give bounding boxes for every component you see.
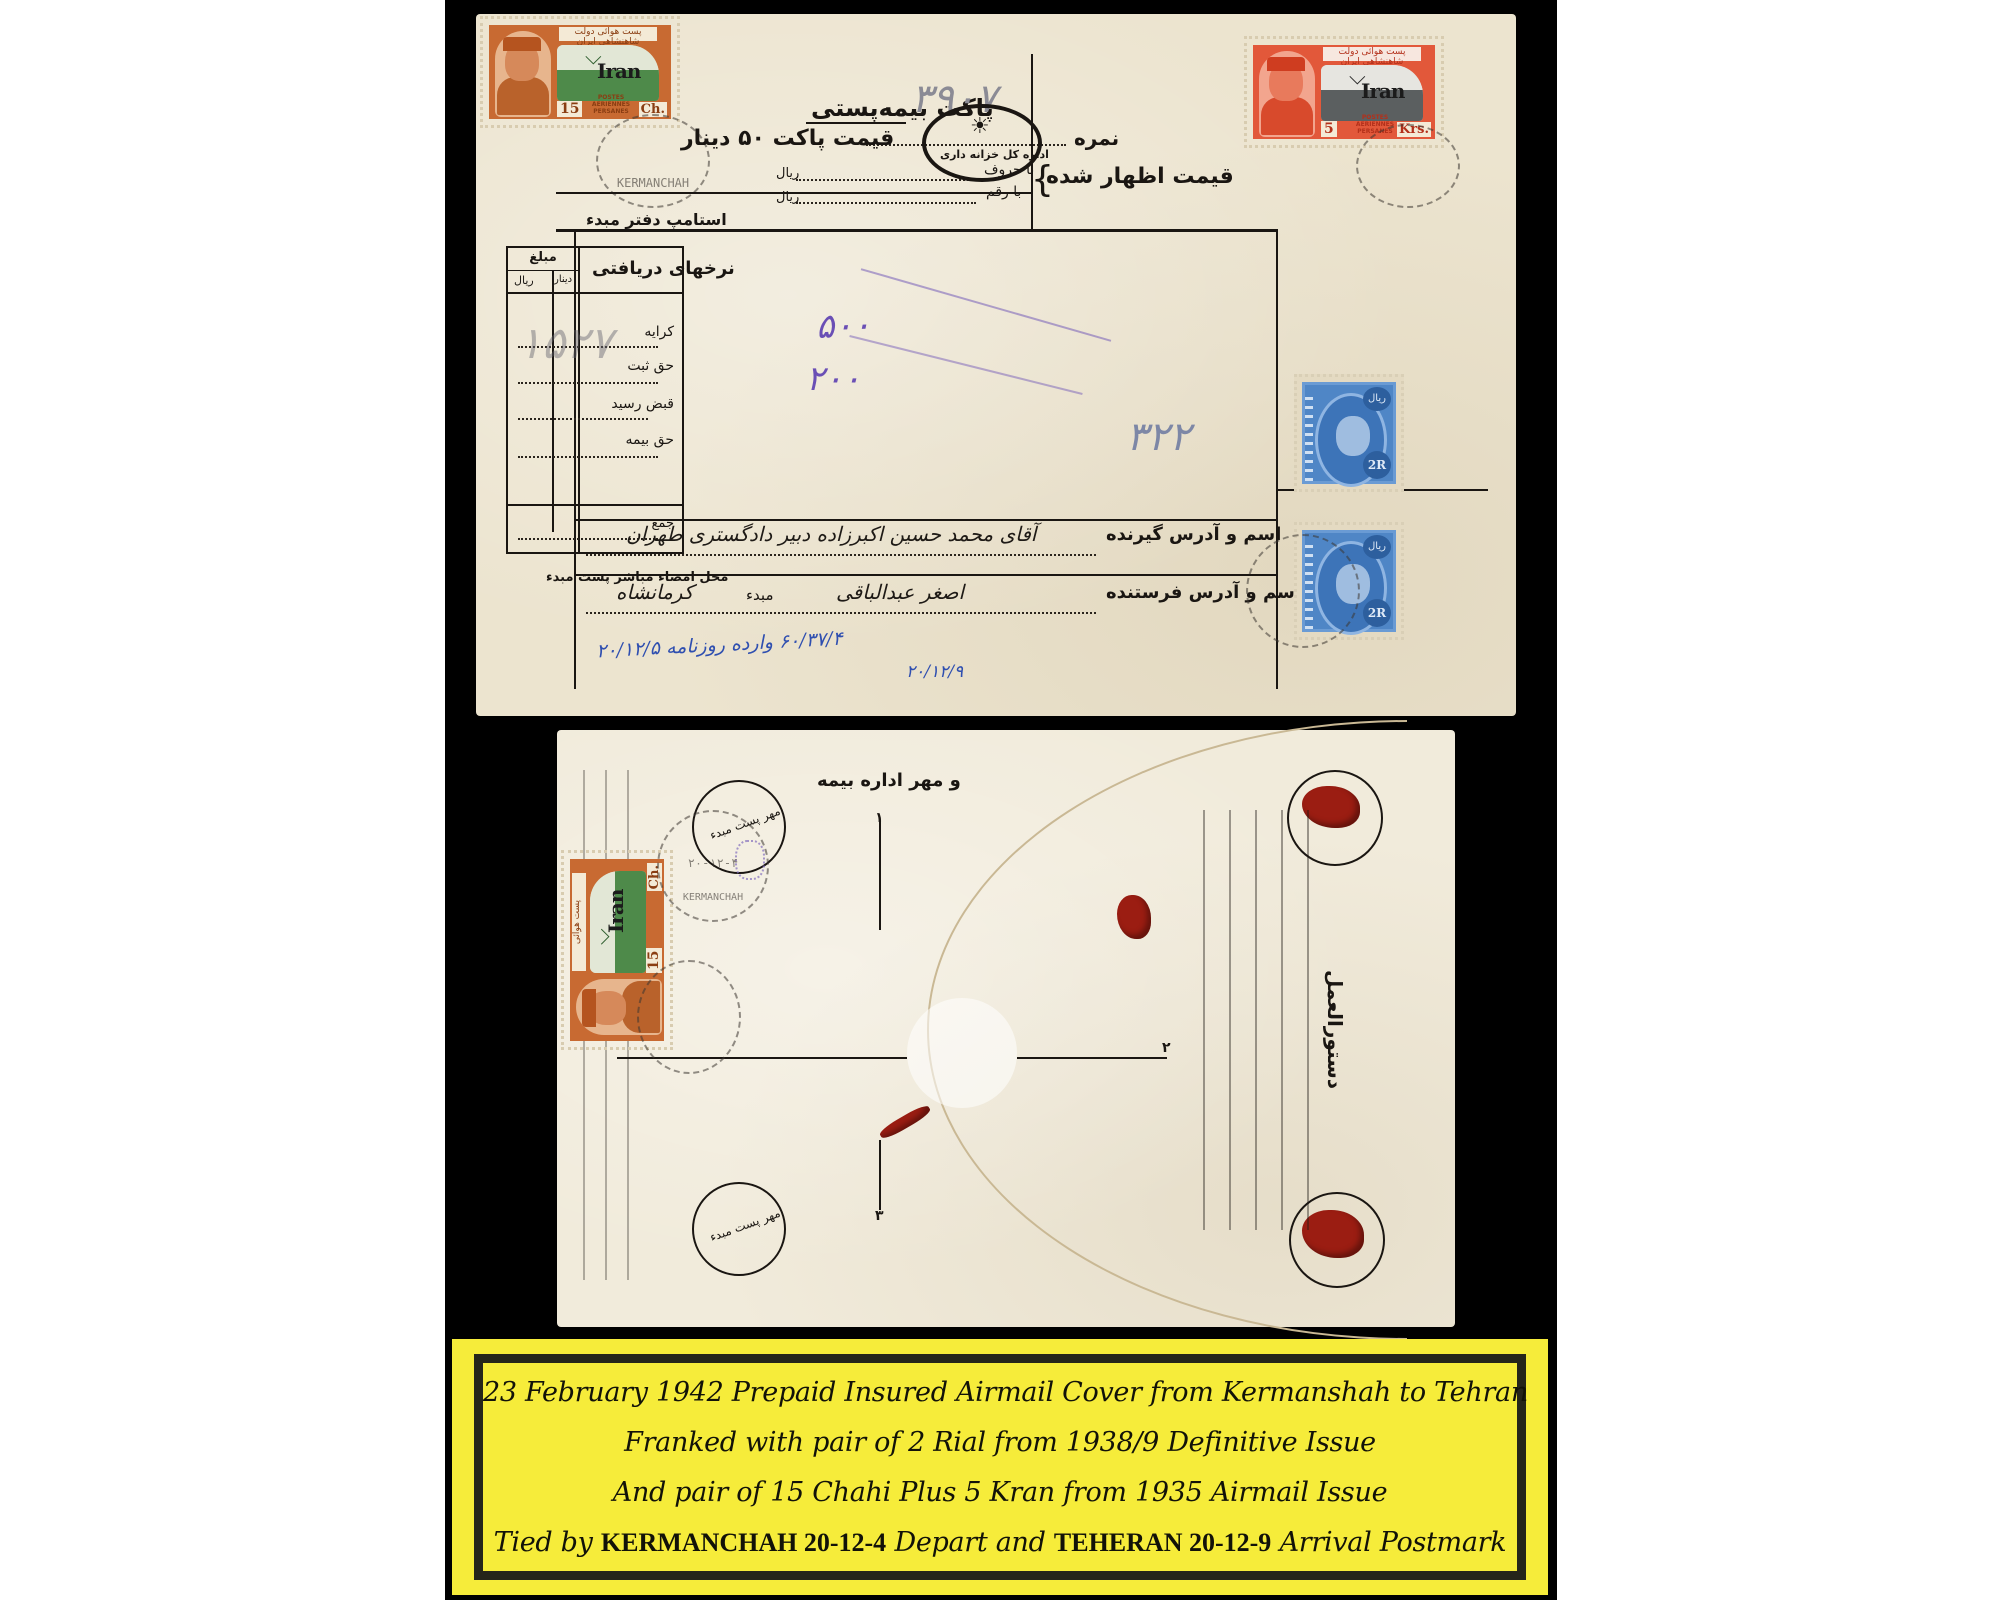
caption-line-2: Franked with pair of 2 Rial from 1938/9 …: [483, 1427, 1517, 1458]
stamp-value: 15: [557, 101, 582, 117]
handwritten-ref-number: ۳۲۲: [1126, 414, 1190, 460]
caption-line-4: Tied by KERMANCHAH 20-12-4 Depart and TE…: [483, 1527, 1517, 1558]
fee-row-registration: حق ثبت: [627, 358, 674, 374]
fee-row-receipt: قبض رسید: [611, 396, 674, 412]
fee-row-carriage: کرایه: [644, 324, 674, 340]
recipient-value: آقای محمد حسین اکبرزاده دبیر دادگستری طه…: [626, 522, 1036, 546]
handwritten-fee-total: ۱۵۲۷: [518, 318, 613, 369]
stamp-inscription: پست هوائی دولت شاهنشاهی ایران: [1323, 47, 1421, 61]
postmark-teheran-back: [637, 960, 741, 1074]
fee-row-insurance: حق بیمه: [625, 432, 674, 448]
back-top-line: و مهر اداره بیمه: [817, 770, 961, 791]
blue-annotation-date: ۲۰/۱۲/۹: [906, 662, 963, 682]
postmark-over-definitive: [1246, 534, 1360, 648]
caption-line-3: And pair of 15 Chahi Plus 5 Kran from 19…: [483, 1477, 1517, 1508]
caption-tied-by: Tied by: [494, 1527, 593, 1558]
cross-mark-bottom: ۳: [875, 1208, 884, 1224]
rial-label: ریال: [776, 166, 799, 181]
fee-table-dinar-col: دینار: [554, 274, 572, 285]
cross-mark-top: ۱: [875, 810, 884, 826]
caption-line-1: 23 February 1942 Prepaid Insured Airmail…: [483, 1377, 1517, 1408]
sender-value: اصغر عبدالباقی: [836, 580, 964, 604]
postmark-kermanchah-back: ۲۰-۱۲-۴ KERMANCHAH: [657, 810, 769, 922]
fee-table-amount-header: مبلغ: [512, 250, 574, 265]
exhibit-caption: 23 February 1942 Prepaid Insured Airmail…: [452, 1339, 1548, 1595]
caption-arrival-postmark: TEHERAN 20-12-9: [1054, 1528, 1271, 1557]
blue-annotation: ۶۰/۳۷/۴ وارده روزنامه ۲۰/۱۲/۵: [596, 628, 844, 663]
stamp-airmail-15-chahi: پست هوائی دولت شاهنشاهی ایران ⌵ Iran 15 …: [480, 16, 680, 128]
caption-depart-and: Depart and: [894, 1527, 1045, 1558]
origin-value: کرمانشاه: [616, 580, 693, 604]
number-label: نمره: [1074, 126, 1119, 150]
caption-arrival-label: Arrival Postmark: [1280, 1527, 1507, 1558]
envelope-front: پست هوائی دولت شاهنشاهی ایران ⌵ Iran 15 …: [476, 14, 1516, 716]
origin-label: مبدء: [746, 586, 774, 604]
envelope-back: و مهر اداره بیمه مهر پست مبدء مهر پست مب…: [557, 730, 1455, 1327]
caption-depart-postmark: KERMANCHAH 20-12-4: [601, 1528, 886, 1557]
stamp-value: 5: [1321, 121, 1337, 137]
center-seal-ring: [907, 998, 1017, 1108]
fee-table: مبلغ ریال دینار نرخهای دریافتی کرایه حق …: [506, 246, 684, 554]
cross-mark-right: ۲: [1162, 1040, 1171, 1056]
stamp-caption: POSTES AERIENNES PERSANES: [581, 94, 641, 115]
stamp-definitive-2-rial-top: ریال 2R: [1294, 374, 1404, 492]
fee-table-rial-col: ریال: [514, 274, 534, 287]
postmark-front-right: [1356, 124, 1460, 208]
handwritten-amount-1: ۵۰۰: [815, 305, 871, 347]
instructions-title: دستورالعمل: [1323, 970, 1347, 1089]
fee-table-header: نرخهای دریافتی: [592, 258, 735, 279]
stamp-overprint: Iran: [597, 59, 640, 83]
seal-circle-bottom-left: مهر پست مبدء: [692, 1182, 786, 1276]
envelope-flap-edge: [927, 720, 1887, 1340]
handwritten-amount-2: ۲۰۰: [806, 359, 861, 399]
treasury-seal: ☀ اداره کل خزانه داری: [922, 104, 1042, 182]
envelope-price-label: قیمت پاکت ۵۰ دینار: [681, 126, 894, 151]
office-stamp-label: استامپ دفتر مبدء: [586, 210, 727, 229]
recipient-label: اسم و آدرس گیرنده: [1106, 524, 1281, 545]
stamp-inscription: پست هوائی دولت شاهنشاهی ایران: [559, 27, 657, 41]
declared-value-label: قیمت اظهار شده: [1046, 164, 1234, 189]
stamp-overprint: Iran: [1361, 79, 1404, 103]
instructions-block: دستورالعمل: [1177, 790, 1377, 1230]
wax-seal-fragment: [878, 1103, 932, 1141]
lion-and-sun-icon: ☀: [970, 114, 990, 139]
